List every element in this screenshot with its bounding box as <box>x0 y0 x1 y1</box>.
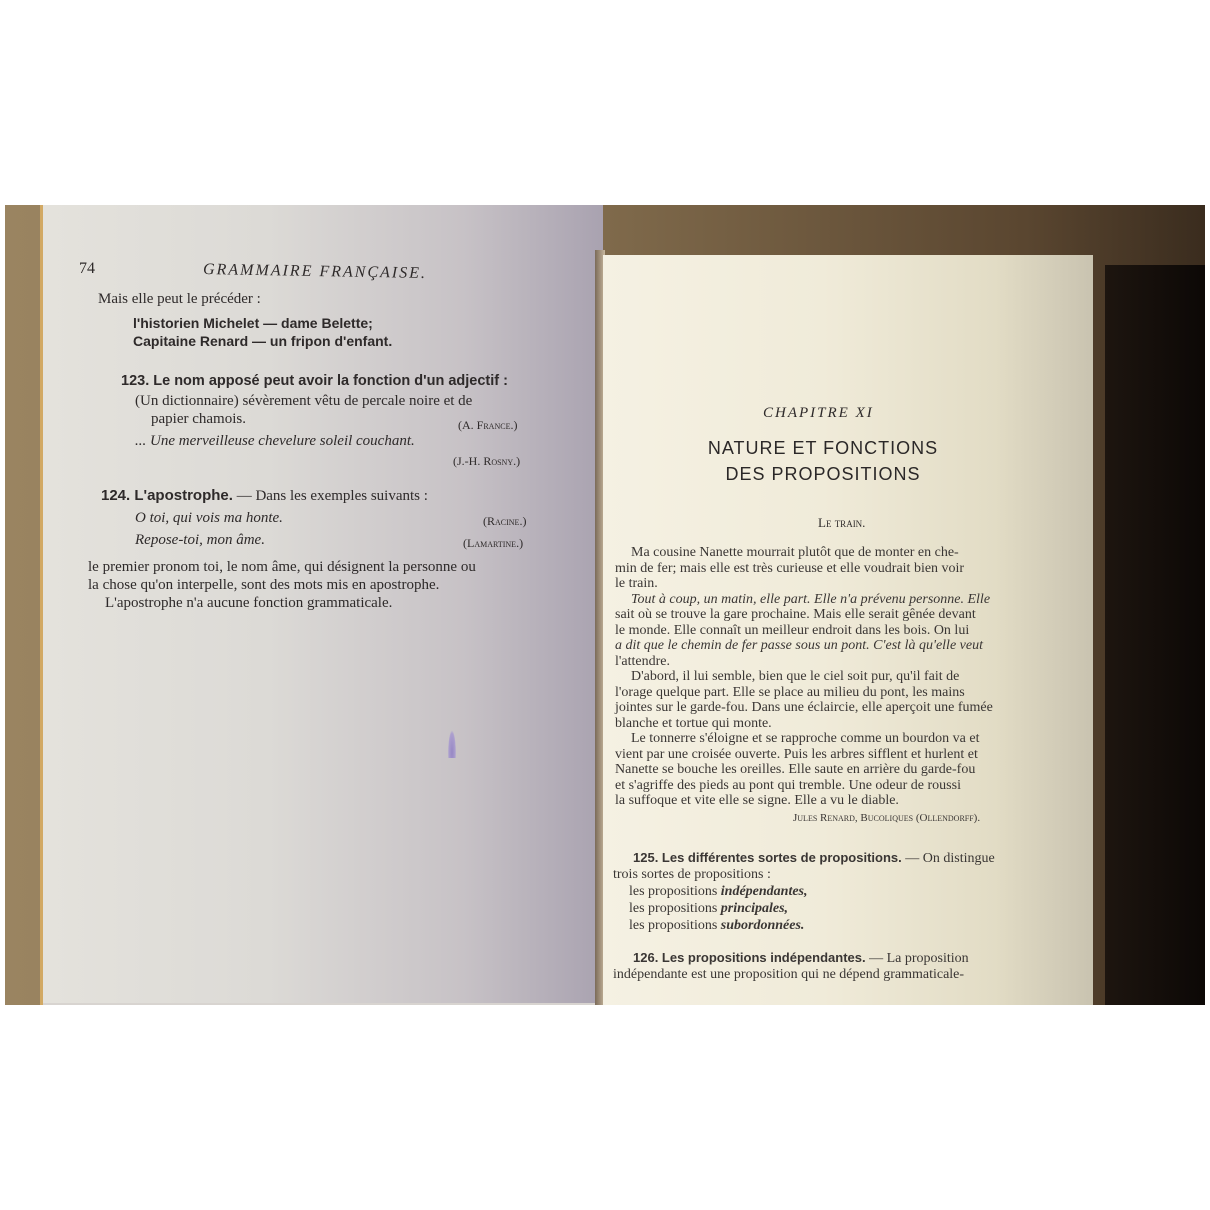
item-prefix: les propositions <box>629 884 721 899</box>
proposition-item: les propositions subordonnées. <box>629 918 804 934</box>
section-125-title: 125. Les différentes sortes de propositi… <box>633 850 902 865</box>
reading-title: Le train. <box>818 515 865 531</box>
reading-line: a dit que le chemin de fer passe sous un… <box>615 638 983 654</box>
reading-line: l'orage quelque part. Elle se place au m… <box>615 685 965 701</box>
section-126-title: 126. Les propositions indépendantes. <box>633 950 866 965</box>
section-125-heading: 125. Les différentes sortes de propositi… <box>633 850 995 867</box>
section-123-example: (Un dictionnaire) sévèrement vêtu de per… <box>135 393 472 410</box>
reading-line: Tout à coup, un matin, elle part. Elle n… <box>631 592 990 608</box>
reading-line: et s'agriffe des pieds au pont qui tremb… <box>615 778 961 794</box>
section-124-example: Repose-toi, mon âme. <box>135 532 265 549</box>
chapter-title: NATURE ET FONCTIONS DES PROPOSITIONS <box>603 435 1043 487</box>
book-photo: 74 GRAMMAIRE FRANÇAISE. Mais elle peut l… <box>5 205 1205 1005</box>
background-shadow <box>1105 265 1205 1005</box>
reading-line: min de fer; mais elle est très curieuse … <box>615 561 964 577</box>
section-123-example: ... Une merveilleuse chevelure soleil co… <box>135 433 415 450</box>
section-125-rest: — On distingue <box>902 851 995 866</box>
section-123-example: papier chamois. <box>151 411 246 428</box>
section-124-example: O toi, qui vois ma honte. <box>135 510 283 527</box>
reading-line: vient par une croisée ouverte. Puis les … <box>615 747 978 763</box>
section-125-line: trois sortes de propositions : <box>613 867 771 883</box>
explanation-line: la chose qu'on interpelle, sont des mots… <box>88 577 439 594</box>
item-term: subordonnées. <box>721 918 805 933</box>
chapter-title-line: DES PROPOSITIONS <box>603 461 1043 487</box>
section-124-title: 124. L'apostrophe. <box>101 487 233 504</box>
reading-line: l'attendre. <box>615 654 670 670</box>
ink-mark <box>448 730 456 758</box>
reading-line: D'abord, il lui semble, bien que le ciel… <box>631 669 959 685</box>
left-page: 74 GRAMMAIRE FRANÇAISE. Mais elle peut l… <box>40 205 603 1005</box>
running-header: GRAMMAIRE FRANÇAISE. <box>203 261 427 283</box>
item-prefix: les propositions <box>629 901 721 916</box>
reading-line: le train. <box>615 576 658 592</box>
reading-line: blanche et tortue qui monte. <box>615 716 772 732</box>
explanation-line: L'apostrophe n'a aucune fonction grammat… <box>105 595 392 612</box>
item-term: principales, <box>721 901 788 916</box>
reading-line: Ma cousine Nanette mourrait plutôt que d… <box>631 545 959 561</box>
right-page: CHAPITRE XI NATURE ET FONCTIONS DES PROP… <box>603 255 1093 1005</box>
chapter-label: CHAPITRE XI <box>763 405 874 422</box>
section-124-rest: — Dans les exemples suivants : <box>233 488 428 504</box>
chapter-title-line: NATURE ET FONCTIONS <box>603 435 1043 461</box>
reading-line: sait où se trouve la gare prochaine. Mai… <box>615 607 976 623</box>
page-number: 74 <box>79 260 95 278</box>
section-126-line: indépendante est une proposition qui ne … <box>613 967 964 983</box>
section-124-heading: 124. L'apostrophe. — Dans les exemples s… <box>101 487 428 505</box>
section-126-heading: 126. Les propositions indépendantes. — L… <box>633 950 969 967</box>
source-citation: (A. France.) <box>458 418 517 433</box>
proposition-item: les propositions principales, <box>629 901 788 917</box>
source-citation: (Racine.) <box>483 514 526 529</box>
section-126-rest: — La proposition <box>866 951 969 966</box>
item-prefix: les propositions <box>629 918 721 933</box>
source-citation: (Lamartine.) <box>463 536 523 551</box>
intro-text: Mais elle peut le précéder : <box>98 291 261 308</box>
example-line: Capitaine Renard — un fripon d'enfant. <box>133 333 392 350</box>
explanation-line: le premier pronom toi, le nom âme, qui d… <box>88 559 476 576</box>
reading-line: jointes sur le garde-fou. Dans une éclai… <box>615 700 993 716</box>
section-123-heading: 123. Le nom apposé peut avoir la fonctio… <box>121 373 508 390</box>
reading-line: Le tonnerre s'éloigne et se rapproche co… <box>631 731 980 747</box>
proposition-item: les propositions indépendantes, <box>629 884 808 900</box>
reading-line: la suffoque et vite elle se signe. Elle … <box>615 793 899 809</box>
item-term: indépendantes, <box>721 884 808 899</box>
example-line: l'historien Michelet — dame Belette; <box>133 315 373 332</box>
reading-line: Nanette se bouche les oreilles. Elle sau… <box>615 762 975 778</box>
reading-line: le monde. Elle connaît un meilleur endro… <box>615 623 969 639</box>
reading-source: Jules Renard, Bucoliques (Ollendorff). <box>793 810 980 826</box>
source-citation: (J.-H. Rosny.) <box>453 454 520 469</box>
